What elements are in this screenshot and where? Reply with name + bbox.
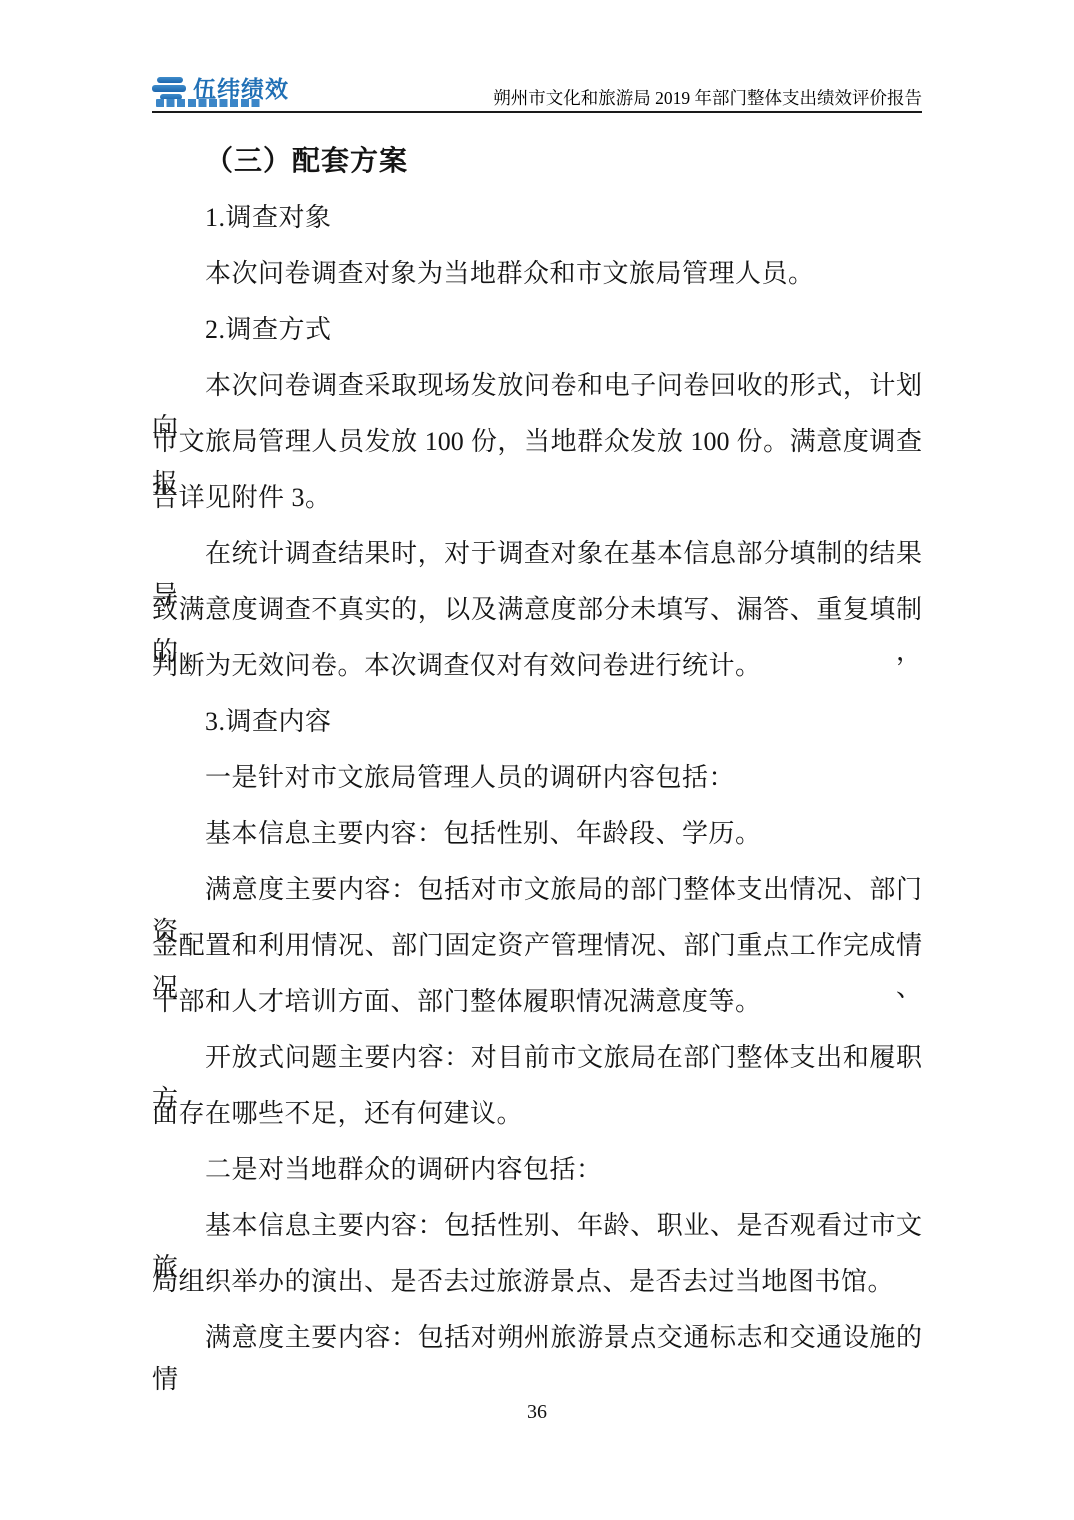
body-line: 告详见附件 3。 bbox=[152, 477, 922, 533]
document-body: （三）配套方案1.调查对象本次问卷调查对象为当地群众和市文旅局管理人员。2.调查… bbox=[152, 141, 922, 1373]
body-line: 2.调查方式 bbox=[152, 309, 922, 365]
body-line: 1.调查对象 bbox=[152, 197, 922, 253]
body-line: 致满意度调查不真实的，以及满意度部分未填写、漏答、重复填制的， bbox=[152, 589, 922, 645]
body-line: 满意度主要内容：包括对市文旅局的部门整体支出情况、部门资 bbox=[152, 869, 922, 925]
body-line: 市文旅局管理人员发放 100 份，当地群众发放 100 份。满意度调查报 bbox=[152, 421, 922, 477]
body-line: （三）配套方案 bbox=[152, 141, 922, 197]
body-line: 本次问卷调查采取现场发放问卷和电子问卷回收的形式，计划向 bbox=[152, 365, 922, 421]
document-page: 伍纬绩效 朔州市文化和旅游局 2019 年部门整体支出绩效评价报告 （三）配套方… bbox=[0, 0, 1074, 1520]
body-line: 二是对当地群众的调研内容包括： bbox=[152, 1149, 922, 1205]
body-line: 基本信息主要内容：包括性别、年龄段、学历。 bbox=[152, 813, 922, 869]
body-line: 开放式问题主要内容：对目前市文旅局在部门整体支出和履职方 bbox=[152, 1037, 922, 1093]
header-rule bbox=[152, 111, 922, 113]
body-line: 满意度主要内容：包括对朔州旅游景点交通标志和交通设施的情 bbox=[152, 1317, 922, 1373]
page-number: 36 bbox=[0, 1401, 1074, 1424]
body-line: 基本信息主要内容：包括性别、年龄、职业、是否观看过市文旅 bbox=[152, 1205, 922, 1261]
body-line: 3.调查内容 bbox=[152, 701, 922, 757]
body-line: 一是针对市文旅局管理人员的调研内容包括： bbox=[152, 757, 922, 813]
body-line: 局组织举办的演出、是否去过旅游景点、是否去过当地图书馆。 bbox=[152, 1261, 922, 1317]
document-header-title: 朔州市文化和旅游局 2019 年部门整体支出绩效评价报告 bbox=[152, 85, 922, 110]
body-line: 金配置和利用情况、部门固定资产管理情况、部门重点工作完成情况、 bbox=[152, 925, 922, 981]
body-line: 面存在哪些不足，还有何建议。 bbox=[152, 1093, 922, 1149]
body-line: 在统计调查结果时，对于调查对象在基本信息部分填制的结果导 bbox=[152, 533, 922, 589]
body-line: 本次问卷调查对象为当地群众和市文旅局管理人员。 bbox=[152, 253, 922, 309]
